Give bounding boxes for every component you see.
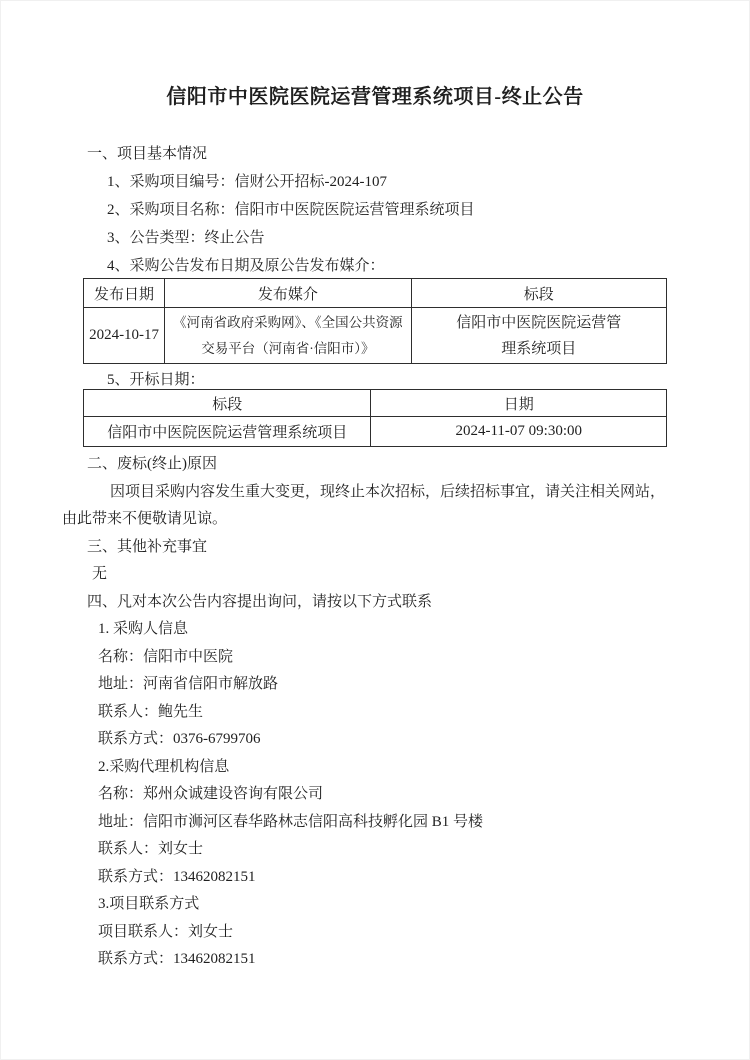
lower-sections: 二、废标(终止)原因 因项目采购内容发生重大变更，现终止本次招标，后续招标事宜，… (62, 451, 688, 974)
table-row: 信阳市中医院医院运营管理系统项目 2024-11-07 09:30:00 (84, 417, 667, 447)
table-header-row: 标段 日期 (84, 390, 667, 417)
project-contact-heading: 3.项目联系方式 (62, 891, 688, 919)
col-header-publish-media: 发布媒介 (165, 279, 411, 308)
col-header-date: 日期 (371, 390, 667, 417)
agency-address-line: 地址：信阳市浉河区春华路林志信阳高科技孵化园 B1 号楼 (62, 809, 688, 837)
section-3-heading: 三、其他补充事宜 (62, 534, 688, 562)
purchaser-name-line: 名称：信阳市中医院 (62, 644, 688, 672)
publish-media-label-line: 4、采购公告发布日期及原公告发布媒介： (62, 252, 688, 280)
project-contact-line: 项目联系人：刘女士 (62, 919, 688, 947)
datetime-cell: 2024-11-07 09:30:00 (371, 417, 667, 447)
purchaser-phone-line: 联系方式：0376-6799706 (62, 726, 688, 754)
table-header-row: 发布日期 发布媒介 标段 (84, 279, 667, 308)
section-2-heading: 二、废标(终止)原因 (62, 451, 688, 479)
project-name-line: 2、采购项目名称：信阳市中医院医院运营管理系统项目 (62, 196, 688, 224)
section-4-heading: 四、凡对本次公告内容提出询问，请按以下方式联系 (62, 589, 688, 617)
col-header-lot: 标段 (84, 390, 371, 417)
bid-opening-table: 标段 日期 信阳市中医院医院运营管理系统项目 2024-11-07 09:30:… (83, 389, 667, 447)
project-number-line: 1、采购项目编号：信财公开招标-2024-107 (62, 168, 688, 196)
announcement-media-table: 发布日期 发布媒介 标段 2024-10-17 《河南省政府采购网》、《全国公共… (83, 278, 667, 364)
purchaser-info-heading: 1. 采购人信息 (62, 616, 688, 644)
publish-date-cell: 2024-10-17 (84, 308, 165, 364)
termination-reason-line-2: 由此带来不便敬请见谅。 (62, 506, 688, 534)
document-page: 信阳市中医院医院运营管理系统项目-终止公告 一、项目基本情况 1、采购项目编号：… (0, 0, 750, 1060)
section-3-content: 无 (62, 561, 688, 589)
purchaser-address-line: 地址：河南省信阳市解放路 (62, 671, 688, 699)
agency-contact-line: 联系人：刘女士 (62, 836, 688, 864)
col-header-publish-date: 发布日期 (84, 279, 165, 308)
page-title: 信阳市中医院医院运营管理系统项目-终止公告 (0, 84, 750, 110)
section-1: 一、项目基本情况 1、采购项目编号：信财公开招标-2024-107 2、采购项目… (62, 140, 688, 280)
agency-phone-line: 联系方式：13462082151 (62, 864, 688, 892)
lot-cell: 信阳市中医院医院运营管 理系统项目 (411, 308, 666, 364)
project-phone-line: 联系方式：13462082151 (62, 946, 688, 974)
lot-cell: 信阳市中医院医院运营管理系统项目 (84, 417, 371, 447)
termination-reason-line-1: 因项目采购内容发生重大变更，现终止本次招标，后续招标事宜，请关注相关网站， (62, 479, 688, 507)
section-1-heading: 一、项目基本情况 (62, 140, 688, 168)
col-header-lot: 标段 (411, 279, 666, 308)
purchaser-contact-line: 联系人：鲍先生 (62, 699, 688, 727)
table-row: 2024-10-17 《河南省政府采购网》、《全国公共资源 交易平台（河南省·信… (84, 308, 667, 364)
agency-info-heading: 2.采购代理机构信息 (62, 754, 688, 782)
agency-name-line: 名称：郑州众诚建设咨询有限公司 (62, 781, 688, 809)
publish-media-cell: 《河南省政府采购网》、《全国公共资源 交易平台（河南省·信阳市）》 (165, 308, 411, 364)
announcement-type-line: 3、公告类型：终止公告 (62, 224, 688, 252)
